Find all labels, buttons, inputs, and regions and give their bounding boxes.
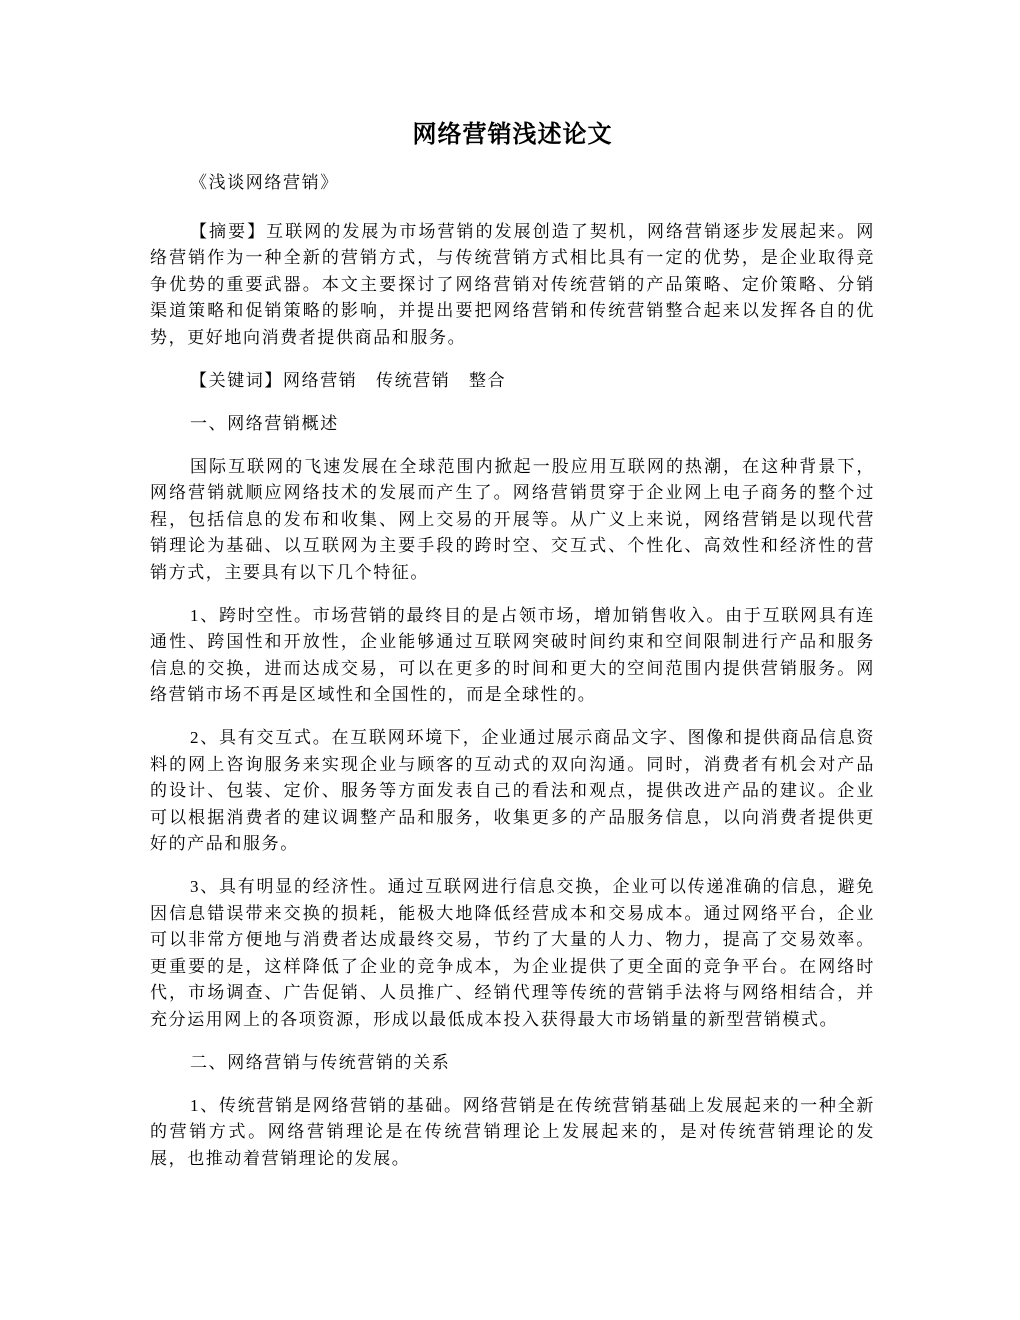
paragraph-feature-economy: 3、具有明显的经济性。通过互联网进行信息交换，企业可以传递准确的信息，避免因信息… [150, 874, 875, 1033]
paper-subtitle: 《浅谈网络营销》 [150, 170, 875, 197]
keywords-line: 【关键词】网络营销 传统营销 整合 [150, 368, 875, 395]
paragraph-feature-interactive: 2、具有交互式。在互联网环境下，企业通过展示商品文字、图像和提供商品信息资料的网… [150, 725, 875, 858]
paragraph-overview: 国际互联网的飞速发展在全球范围内掀起一股应用互联网的热潮，在这种背景下，网络营销… [150, 454, 875, 587]
section-heading-2: 二、网络营销与传统营销的关系 [150, 1050, 875, 1077]
paragraph-relation-basis: 1、传统营销是网络营销的基础。网络营销是在传统营销基础上发展起来的一种全新的营销… [150, 1093, 875, 1173]
document-page: 网络营销浅述论文 《浅谈网络营销》 【摘要】互联网的发展为市场营销的发展创造了契… [0, 0, 1020, 1320]
abstract-paragraph: 【摘要】互联网的发展为市场营销的发展创造了契机，网络营销逐步发展起来。网络营销作… [150, 219, 875, 352]
document-title: 网络营销浅述论文 [150, 122, 875, 148]
section-heading-1: 一、网络营销概述 [150, 411, 875, 438]
paragraph-feature-timespace: 1、跨时空性。市场营销的最终目的是占领市场，增加销售收入。由于互联网具有连通性、… [150, 603, 875, 709]
